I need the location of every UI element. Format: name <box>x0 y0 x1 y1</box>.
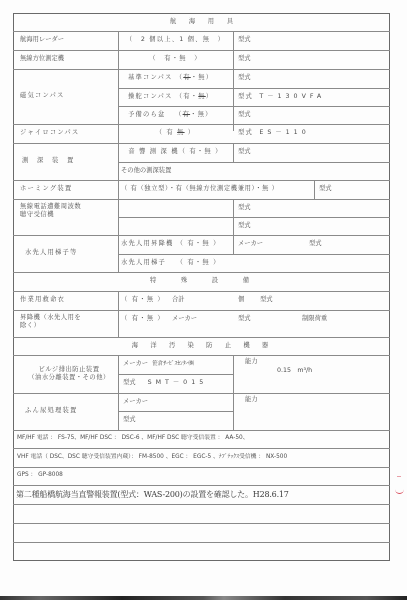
magnetic-compass-label: 磁気コンパス <box>20 69 118 124</box>
homing-label: ホーミング装置 <box>20 180 118 199</box>
sewage-label: ふん尿処理装置 <box>25 393 118 430</box>
struck-option: 有 <box>183 112 191 118</box>
radar-label: 航海用レーダー <box>20 31 118 50</box>
bilge-model: 型式 SMT－015 <box>123 374 233 393</box>
bilge-label: ビルジ排出防止装置 （油水分離装置・その他） <box>20 355 118 393</box>
note-line-empty <box>17 523 387 542</box>
struck-option: 無 <box>177 130 185 136</box>
lift-load-label: 制限荷重 <box>302 310 342 329</box>
bilge-capacity-value: 0.15 m³/h <box>277 366 357 376</box>
steering-compass-model: 型式 T－130VFA <box>238 88 388 106</box>
steering-compass-option: 操舵コンパス （有・無） <box>128 88 233 106</box>
distress-receiver-model-label-2: 型式 <box>238 217 388 235</box>
work-vest-unit: 個 <box>238 291 250 310</box>
gyro-label: ジャイロコンパス <box>20 124 118 143</box>
spare-compass-option: 予備のら盆 （有・無） <box>128 106 233 124</box>
pilot-label: 水先人用梯子等 <box>25 235 118 272</box>
standard-compass-option: 基準コンパス （有・無） <box>128 69 233 88</box>
radar-option: （ 2 個以上、1 個、無 ） <box>118 31 233 50</box>
lift-label: 昇降機（水先人用を 除く） <box>20 310 118 337</box>
note-line: GPS ： GP-8008 <box>17 467 387 485</box>
gyro-option: （ 有 無 ） <box>118 124 233 143</box>
pilot-hoist-maker-label: メーカー <box>238 235 298 254</box>
lift-model-label: 型式 <box>238 310 268 329</box>
other-sounding-label: その他の測深装置 <box>121 162 381 180</box>
scan-edge <box>0 596 407 600</box>
pilot-ladder-option: 水先人用梯子 （ 有・無 ） <box>121 254 321 272</box>
note-line: VHF 電話（ DSC、DSC 聴守受信装置内蔵）： FM-8500 、EGC … <box>17 448 387 467</box>
lift-maker-label: メーカー <box>172 310 212 329</box>
struck-option: 有 <box>183 75 191 81</box>
distress-receiver-label: 無線電話遭難周波数 聴守受信機 <box>20 199 118 235</box>
radar-model-label: 型式 <box>238 31 388 50</box>
rdf-label: 無線方位測定機 <box>20 50 118 69</box>
col-divider <box>118 291 119 337</box>
red-pen-mark <box>395 488 404 494</box>
col-divider <box>233 31 234 131</box>
red-pen-mark <box>397 476 401 477</box>
sewage-maker-label: メーカー <box>123 393 233 411</box>
col-divider <box>233 355 234 430</box>
section-header-navigation: 航 海 用 具 <box>13 13 390 31</box>
section-header-pollution: 海 洋 汚 染 防 止 機 器 <box>13 337 390 355</box>
struck-option: 無 <box>198 94 206 100</box>
homing-option: （ 有（独立型）・有（無線方位測定機兼用）・無 ） <box>121 180 314 199</box>
rdf-option: （ 有・無 ） <box>118 50 233 69</box>
homing-model-label: 型式 <box>319 180 389 199</box>
work-vest-label: 作業用救命衣 <box>20 291 118 310</box>
col-divider <box>118 355 119 430</box>
work-vest-model-label: 型式 <box>260 291 290 310</box>
row-divider <box>13 542 390 543</box>
rdf-model-label: 型式 <box>238 50 388 69</box>
handwritten-note: 第二種船橋航海当直警報装置(型式：WAS-200)の設置を確認した。H28.6.… <box>16 485 388 504</box>
spare-compass-model: 型式 <box>238 106 388 124</box>
note-line: MF/HF 電話 ： FS-75、MF/HF DSC ： DSC-6 、MF/H… <box>17 430 387 448</box>
note-line-empty <box>17 504 387 523</box>
sewage-capacity-label: 能力 <box>245 395 285 405</box>
echo-sounder-option: 音 響 測 深 機（ 有・無 ） <box>118 143 233 162</box>
echo-sounder-model-label: 型式 <box>238 143 388 162</box>
pilot-hoist-option: 水先人用昇降機 （ 有・無 ） <box>121 235 233 254</box>
bilge-maker: メーカー 笹倉ｻｰﾋﾞｽｾﾝﾀｰ㈱ <box>123 355 233 374</box>
sewage-model-label: 型式 <box>123 411 233 430</box>
pilot-hoist-model-label: 型式 <box>309 235 369 254</box>
work-vest-total-label: 合計 <box>172 291 202 310</box>
section-header-special: 特 殊 設 備 <box>13 272 390 291</box>
distress-receiver-model-label-1: 型式 <box>238 199 388 217</box>
col-divider <box>314 180 315 199</box>
standard-compass-model: 型式 <box>238 69 388 88</box>
gyro-model: 型式 ES－110 <box>238 124 388 143</box>
sounding-label: 測 深 装 置 <box>22 143 118 180</box>
col-divider <box>233 143 234 162</box>
col-divider <box>233 199 234 254</box>
col-divider <box>118 180 119 272</box>
